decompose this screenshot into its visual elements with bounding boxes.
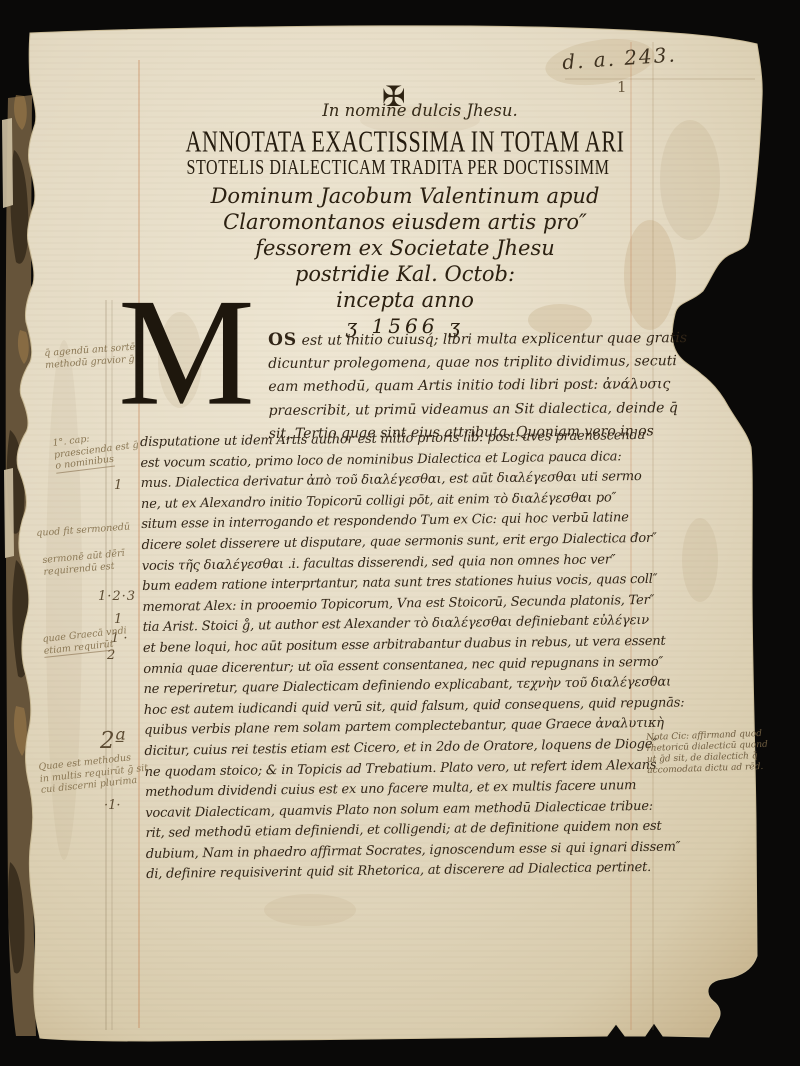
manuscript-photo: d. a. 243. 1 ✠ In nomine dulcis Jhesu. A… <box>0 0 800 1066</box>
drop-cap-initial: M <box>118 282 261 425</box>
margin-number: 1 <box>114 478 122 493</box>
line-text: est ut initio cuiusq́; libri multa expli… <box>297 330 687 349</box>
main-text-block: disputatione ut idem Artis author est in… <box>140 425 687 886</box>
manuscript-line: eam methodū, quam Artis initio todi libr… <box>268 373 687 399</box>
manuscript-line: praescribit, ut primū videamus an Sit di… <box>268 397 687 423</box>
dedication-line: fessorem ex Societate Jhesu <box>188 235 622 261</box>
dedication-line: Claromontanos eiusdem artis pro″ <box>188 209 622 235</box>
dedication-line: Dominum Jacobum Valentinum apud <box>188 183 622 209</box>
margin-number: ·1· <box>104 798 121 813</box>
right-margin-note: Nota Cic: affirmand quod rhetoricū diale… <box>646 728 777 777</box>
manuscript-line: os est ut initio cuiusq́; libri multa ex… <box>268 326 687 353</box>
lead-letters: os <box>268 330 297 350</box>
title-line-2: STOTELIS DIALECTICAM TRADITA PER DOCTISS… <box>138 157 658 180</box>
margin-number: 1·2·3 <box>98 589 136 604</box>
corner-tick: 1 <box>617 78 627 96</box>
manuscript-line: dicuntur prolegomena, quae nos triplito … <box>268 350 687 376</box>
title-line-1: ANNOTATA EXACTISSIMA IN TOTAM ARI <box>125 124 685 160</box>
invocation: In nomine dulcis Jhesu. <box>285 101 555 120</box>
margin-number: 2ª <box>100 728 126 754</box>
